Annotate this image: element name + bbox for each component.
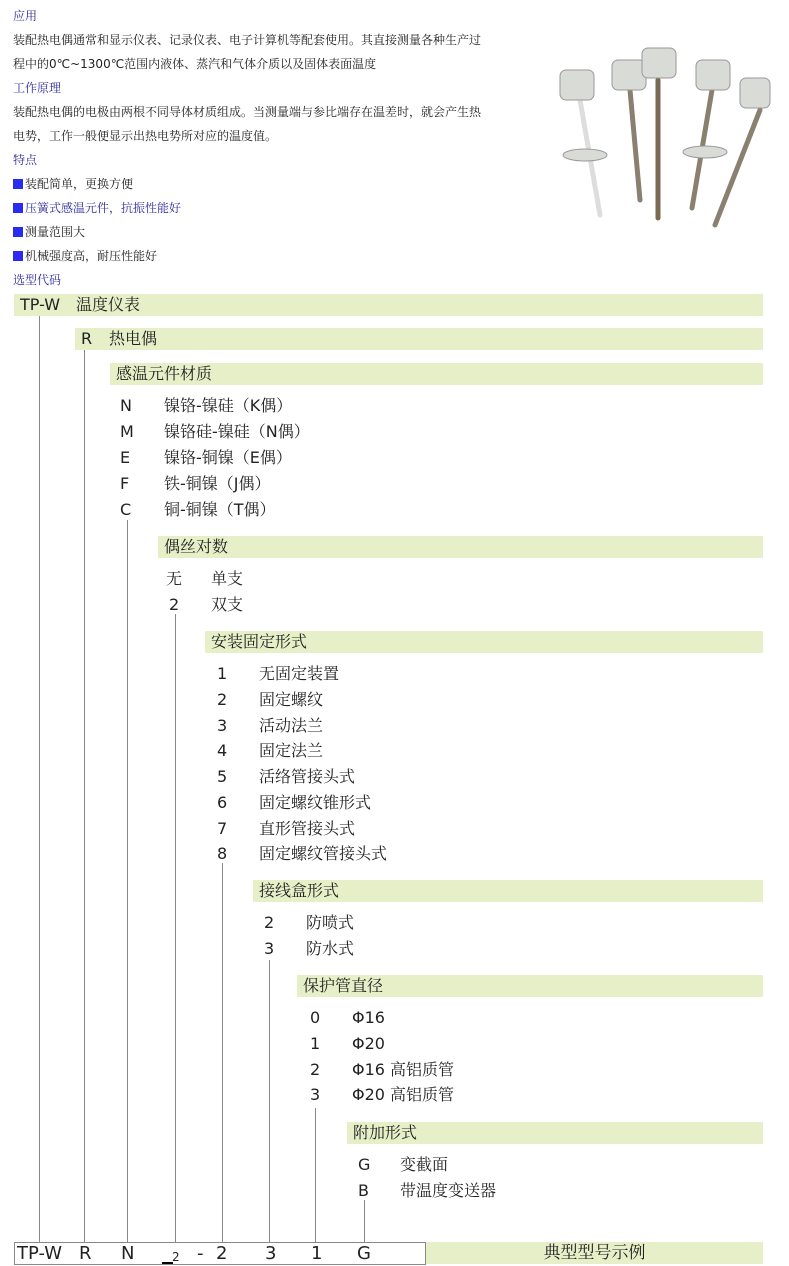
option-row: 1Φ20 bbox=[310, 1034, 385, 1054]
bullet-square-icon bbox=[13, 251, 23, 261]
option-row: 6固定螺纹锥形式 bbox=[217, 793, 371, 813]
text-cursor bbox=[162, 1262, 173, 1264]
principle-text-2: 电势，工作一般便显示出热电势所对应的温度值。 bbox=[13, 124, 528, 148]
application-heading: 应用 bbox=[13, 4, 528, 28]
option-row: 3防水式 bbox=[264, 939, 354, 959]
feature-item: 压簧式感温元件，抗振性能好 bbox=[13, 196, 528, 220]
example-label-bar: 典型型号示例 bbox=[426, 1242, 763, 1264]
option-row: 4固定法兰 bbox=[217, 741, 323, 761]
feature-item: 机械强度高，耐压性能好 bbox=[13, 244, 528, 268]
connector-line bbox=[222, 863, 223, 1242]
connector-line bbox=[175, 614, 176, 1242]
pairs-label: 偶丝对数 bbox=[164, 536, 228, 558]
option-row: 7直形管接头式 bbox=[217, 819, 355, 839]
section-bar-type: R 热电偶 bbox=[75, 328, 763, 350]
option-row: C铜-铜镍（T偶） bbox=[120, 500, 276, 520]
option-row: 3Φ20 高铝质管 bbox=[310, 1085, 454, 1105]
section-bar-material: 感温元件材质 bbox=[110, 363, 763, 385]
thermocouple-product-photo bbox=[540, 40, 780, 230]
mounting-label: 安装固定形式 bbox=[211, 631, 307, 653]
section-bar-extra: 附加形式 bbox=[347, 1122, 763, 1144]
option-row: 0Φ16 bbox=[310, 1008, 385, 1028]
example-model-box: TP-W R N 2 - 2 3 1 G bbox=[14, 1242, 426, 1265]
connector-line bbox=[315, 1108, 316, 1242]
section-bar-junction-box: 接线盒形式 bbox=[253, 880, 763, 902]
section-bar-mounting: 安装固定形式 bbox=[205, 631, 763, 653]
application-text-2: 程中的0℃~1300℃范围内液体、蒸汽和气体介质以及固体表面温度 bbox=[13, 52, 528, 76]
option-row: 5活络管接头式 bbox=[217, 767, 355, 787]
bullet-square-icon bbox=[13, 227, 23, 237]
option-row: 2固定螺纹 bbox=[217, 690, 323, 710]
connector-line bbox=[39, 316, 40, 1242]
junction-box-label: 接线盒形式 bbox=[259, 880, 339, 902]
option-row: 2Φ16 高铝质管 bbox=[310, 1060, 454, 1080]
model-code-heading: 选型代码 bbox=[13, 268, 528, 292]
type-code: R bbox=[81, 328, 92, 350]
connector-line bbox=[84, 350, 85, 1242]
section-bar-root: TP-W 温度仪表 bbox=[14, 294, 763, 316]
option-row: 2防喷式 bbox=[264, 913, 354, 933]
bullet-square-icon bbox=[13, 179, 23, 189]
option-row: B带温度变送器 bbox=[358, 1181, 496, 1201]
option-row: F铁-铜镍（J偶） bbox=[120, 474, 271, 494]
bullet-square-icon bbox=[13, 203, 23, 213]
section-bar-pairs: 偶丝对数 bbox=[158, 536, 763, 558]
connector-line bbox=[127, 520, 128, 1242]
feature-item: 测量范围大 bbox=[13, 220, 528, 244]
features-heading: 特点 bbox=[13, 148, 528, 172]
option-row: 1无固定装置 bbox=[217, 664, 339, 684]
option-row: 3活动法兰 bbox=[217, 716, 323, 736]
option-row: E镍铬-铜镍（E偶） bbox=[120, 448, 292, 468]
root-code: TP-W bbox=[20, 294, 60, 316]
connector-line bbox=[364, 1200, 365, 1242]
option-row: 2双支 bbox=[169, 595, 243, 615]
material-label: 感温元件材质 bbox=[116, 363, 212, 385]
option-row: N镍铬-镍硅（K偶） bbox=[120, 396, 292, 416]
section-bar-tube-diameter: 保护管直径 bbox=[297, 975, 763, 997]
option-row: 8固定螺纹管接头式 bbox=[217, 844, 387, 864]
option-row: 无单支 bbox=[166, 569, 243, 589]
principle-text-1: 装配热电偶的电极由两根不同导体材质组成。当测量端与参比端存在温差时，就会产生热 bbox=[13, 100, 528, 124]
tube-diameter-label: 保护管直径 bbox=[303, 975, 383, 997]
option-row: G变截面 bbox=[358, 1155, 448, 1175]
application-text-1: 装配热电偶通常和显示仪表、记录仪表、电子计算机等配套使用。其直接测量各种生产过 bbox=[13, 28, 528, 52]
extra-label: 附加形式 bbox=[353, 1122, 417, 1144]
intro-section: 应用 装配热电偶通常和显示仪表、记录仪表、电子计算机等配套使用。其直接测量各种生… bbox=[13, 4, 528, 292]
principle-heading: 工作原理 bbox=[13, 76, 528, 100]
feature-item: 装配简单，更换方便 bbox=[13, 172, 528, 196]
root-label: 温度仪表 bbox=[76, 294, 140, 316]
connector-line bbox=[269, 960, 270, 1242]
type-label: 热电偶 bbox=[109, 328, 157, 350]
option-row: M镍铬硅-镍硅（N偶） bbox=[120, 422, 310, 442]
